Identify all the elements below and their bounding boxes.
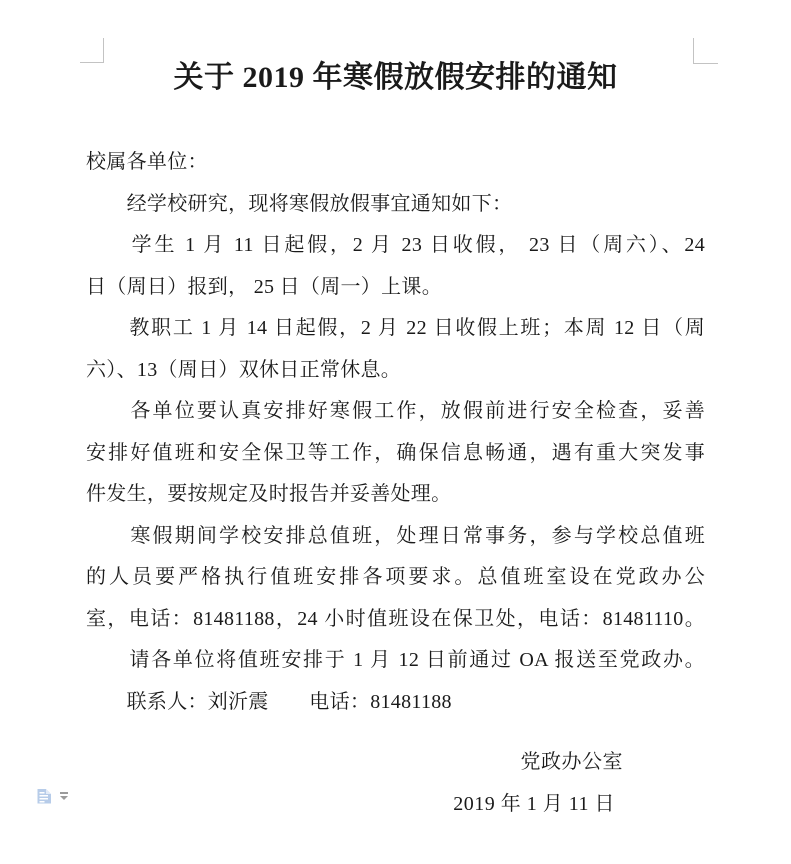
document-line: 寒假期间学校安排总值班，处理日常事务，参与学校总值班 — [86, 516, 705, 558]
document-line: 日（周日）报到， 25 日（周一）上课。 — [86, 267, 705, 309]
dropdown-arrow-icon — [60, 792, 68, 800]
signature-date: 2019 年 1 月 11 日 — [86, 784, 705, 826]
document-page: 关于 2019 年寒假放假安排的通知 校属各单位： 经学校研究，现将寒假放假事宜… — [0, 0, 791, 864]
paste-options-icon — [36, 787, 53, 805]
signature-office: 党政办公室 — [86, 742, 705, 784]
document-title: 关于 2019 年寒假放假安排的通知 — [0, 57, 791, 99]
document-line: 六）、13（周日）双休日正常休息。 — [86, 350, 705, 392]
paste-options-button[interactable] — [36, 787, 68, 805]
document-line: 室，电话：81481188，24 小时值班设在保卫处，电话：81481110。 — [86, 599, 705, 641]
document-line: 请各单位将值班安排于 1 月 12 日前通过 OA 报送至党政办。 — [86, 640, 705, 682]
document-line: 联系人：刘沂震 电话：81481188 — [86, 682, 705, 724]
document-line: 件发生，要按规定及时报告并妥善处理。 — [86, 474, 705, 516]
document-line: 的人员要严格执行值班安排各项要求。总值班室设在党政办公 — [86, 557, 705, 599]
document-line: 安排好值班和安全保卫等工作，确保信息畅通，遇有重大突发事 — [86, 433, 705, 475]
document-line: 校属各单位： — [86, 142, 705, 184]
document-line: 经学校研究，现将寒假放假事宜通知如下： — [86, 184, 705, 226]
document-line: 教职工 1 月 14 日起假，2 月 22 日收假上班；本周 12 日（周 — [86, 308, 705, 350]
signature-block: 党政办公室 2019 年 1 月 11 日 — [86, 742, 705, 825]
document-body: 校属各单位： 经学校研究，现将寒假放假事宜通知如下： 学生 1 月 11 日起假… — [86, 142, 705, 723]
document-line: 各单位要认真安排好寒假工作，放假前进行安全检查，妥善 — [86, 391, 705, 433]
document-line: 学生 1 月 11 日起假，2 月 23 日收假， 23 日（周六）、24 — [86, 225, 705, 267]
